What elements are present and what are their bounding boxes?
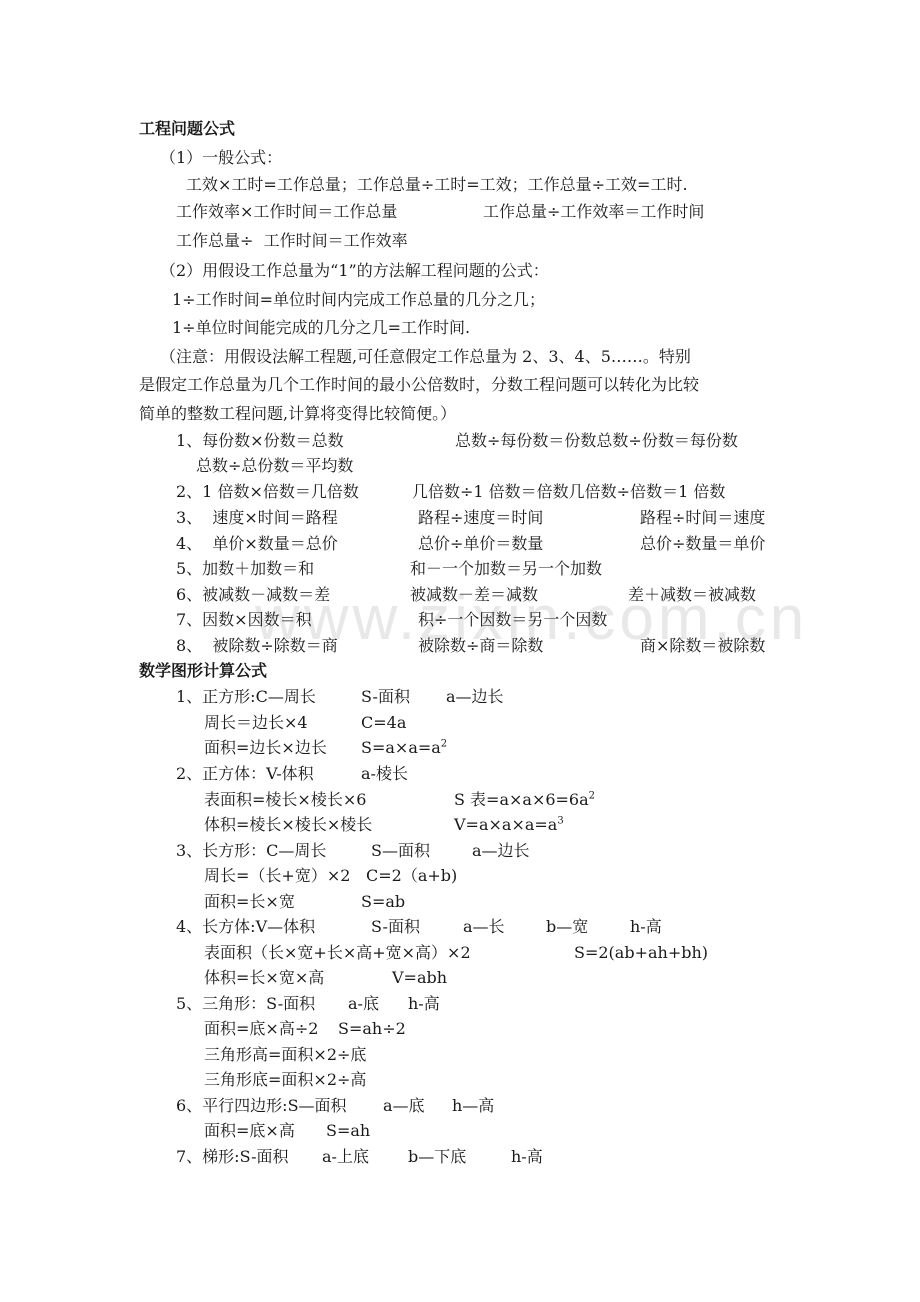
shape-formula: 面积=底×高÷2 xyxy=(204,1019,318,1039)
rule-row: 7、因数×因数＝积 xyxy=(176,610,312,630)
shape-formula: S=a×a=a2 xyxy=(361,738,447,758)
rule-row: 商×除数＝被除数 xyxy=(640,636,765,656)
superscript: 2 xyxy=(589,791,595,802)
shape-formula: C=4a xyxy=(361,713,406,733)
shape-heading-trapezoid: 7、梯形:S-面积 xyxy=(176,1147,289,1167)
shape-var: b—下底 xyxy=(408,1147,466,1167)
shape-formula: 表面积（长×宽+长×高+宽×高）×2 xyxy=(204,943,471,963)
shape-var: h-高 xyxy=(511,1147,543,1167)
shape-formula: V=a×a×a=a3 xyxy=(454,815,564,835)
section-title-engineering: 工程问题公式 xyxy=(139,119,235,139)
rule-row: 路程÷时间＝速度 xyxy=(640,508,765,528)
shape-var: h-高 xyxy=(408,994,440,1014)
shape-var: S-面积 xyxy=(361,687,410,707)
formula-line: 工作总量÷ 工作时间＝工作效率 xyxy=(176,231,408,251)
formula-line: 工效×工时=工作总量；工作总量÷工时=工效；工作总量÷工效=工时. xyxy=(186,175,688,195)
rule-row: 总数÷总份数＝平均数 xyxy=(196,456,353,476)
rule-row: 5、加数＋加数＝和 xyxy=(176,559,314,579)
shape-formula: 表面积=棱长×棱长×6 xyxy=(204,790,366,810)
subheading-assume-one: （2）用假设工作总量为“1”的方法解工程问题的公式： xyxy=(160,261,549,281)
shape-var: S—面积 xyxy=(371,841,430,861)
shape-formula: 三角形底=面积×2÷高 xyxy=(204,1070,366,1090)
rule-row: 3、 速度×时间＝路程 xyxy=(176,508,338,528)
superscript: 3 xyxy=(557,816,563,827)
shape-formula: C=2（a+b) xyxy=(366,866,457,886)
shape-formula: 体积=长×宽×高 xyxy=(204,968,324,988)
shape-var: a—边长 xyxy=(472,841,530,861)
rule-row: 总价÷单价＝数量 xyxy=(418,534,543,554)
shape-heading-square: 1、正方形:C—周长 xyxy=(176,687,316,707)
shape-formula: S=2(ab+ah+bh) xyxy=(574,943,708,963)
rule-row: 2、1 倍数×倍数＝几倍数 xyxy=(176,482,359,502)
shape-var: a-底 xyxy=(348,994,379,1014)
superscript: 2 xyxy=(441,739,447,750)
shape-heading-cuboid: 4、长方体:V—体积 xyxy=(176,917,315,937)
formula-line: 工作效率×工作时间＝工作总量 xyxy=(176,202,397,222)
shape-formula: V=abh xyxy=(392,968,447,988)
shape-formula: S=ab xyxy=(361,892,405,912)
section-title-geometry: 数学图形计算公式 xyxy=(139,661,267,681)
formula-line: 工作总量÷工作效率＝工作时间 xyxy=(483,202,704,222)
shape-var: b—宽 xyxy=(546,917,588,937)
rule-row: 被减数－差＝减数 xyxy=(410,585,538,605)
rule-row: 路程÷速度＝时间 xyxy=(418,508,543,528)
shape-var: a-上底 xyxy=(322,1147,369,1167)
shape-var: a-棱长 xyxy=(361,764,408,784)
formula-line: 1÷工作时间=单位时间内完成工作总量的几分之几； xyxy=(172,290,545,310)
formula-text: S 表=a×a×6=6a xyxy=(454,790,589,809)
shape-formula: 面积=底×高 xyxy=(204,1121,295,1141)
shape-formula: 三角形高=面积×2÷底 xyxy=(204,1045,366,1065)
rule-row: 几倍数÷1 倍数＝倍数几倍数÷倍数＝1 倍数 xyxy=(412,482,725,502)
rule-row: 6、被减数－减数＝差 xyxy=(176,585,330,605)
shape-formula: S 表=a×a×6=6a2 xyxy=(454,790,595,810)
rule-row: 差＋减数＝被减数 xyxy=(628,585,756,605)
shape-formula: 面积=长×宽 xyxy=(204,892,295,912)
shape-heading-parallelogram: 6、平行四边形:S—面积 xyxy=(176,1096,347,1116)
rule-row: 被除数÷商＝除数 xyxy=(418,636,543,656)
rule-row: 总价÷数量＝单价 xyxy=(640,534,765,554)
rule-row: 总数÷每份数＝份数总数÷份数＝每份数 xyxy=(455,431,738,451)
shape-formula: S=ah÷2 xyxy=(338,1019,406,1039)
shape-formula: 面积=边长×边长 xyxy=(204,738,327,758)
shape-var: h—高 xyxy=(452,1096,494,1116)
note-line: 是假定工作总量为几个工作时间的最小公倍数时，分数工程问题可以转化为比较 xyxy=(139,375,699,395)
rule-row: 1、每份数×份数＝总数 xyxy=(176,431,344,451)
subheading-general-formula: （1）一般公式： xyxy=(160,148,282,168)
formula-text: V=a×a×a=a xyxy=(454,815,557,834)
formula-line: 1÷单位时间能完成的几分之几=工作时间. xyxy=(172,318,470,338)
shape-formula: 周长＝边长×4 xyxy=(204,713,308,733)
shape-formula: S=ah xyxy=(326,1121,370,1141)
rule-row: 和－一个加数＝另一个加数 xyxy=(410,559,602,579)
document-page: www.zixin.com.cn 工程问题公式 （1）一般公式： 工效×工时=工… xyxy=(0,0,920,1302)
rule-row: 4、 单价×数量＝总价 xyxy=(176,534,338,554)
shape-heading-triangle: 5、三角形：S-面积 xyxy=(176,994,315,1014)
note-line: （注意：用假设法解工程题,可任意假定工作总量为 2、3、4、5……。特别 xyxy=(160,347,691,367)
formula-text: S=a×a=a xyxy=(361,738,441,757)
shape-heading-rectangle: 3、长方形：C—周长 xyxy=(176,841,326,861)
shape-formula: 体积=棱长×棱长×棱长 xyxy=(204,815,372,835)
shape-formula: 周长=（长+宽）×2 xyxy=(204,866,350,886)
rule-row: 8、 被除数÷除数＝商 xyxy=(176,636,338,656)
shape-var: h-高 xyxy=(630,917,662,937)
rule-row: 积÷一个因数＝另一个因数 xyxy=(418,610,607,630)
shape-var: a—长 xyxy=(463,917,505,937)
shape-var: a—底 xyxy=(383,1096,425,1116)
note-line: 简单的整数工程问题,计算将变得比较简便。） xyxy=(139,404,456,424)
shape-heading-cube: 2、正方体：V-体积 xyxy=(176,764,314,784)
shape-var: S-面积 xyxy=(371,917,420,937)
shape-var: a—边长 xyxy=(446,687,504,707)
